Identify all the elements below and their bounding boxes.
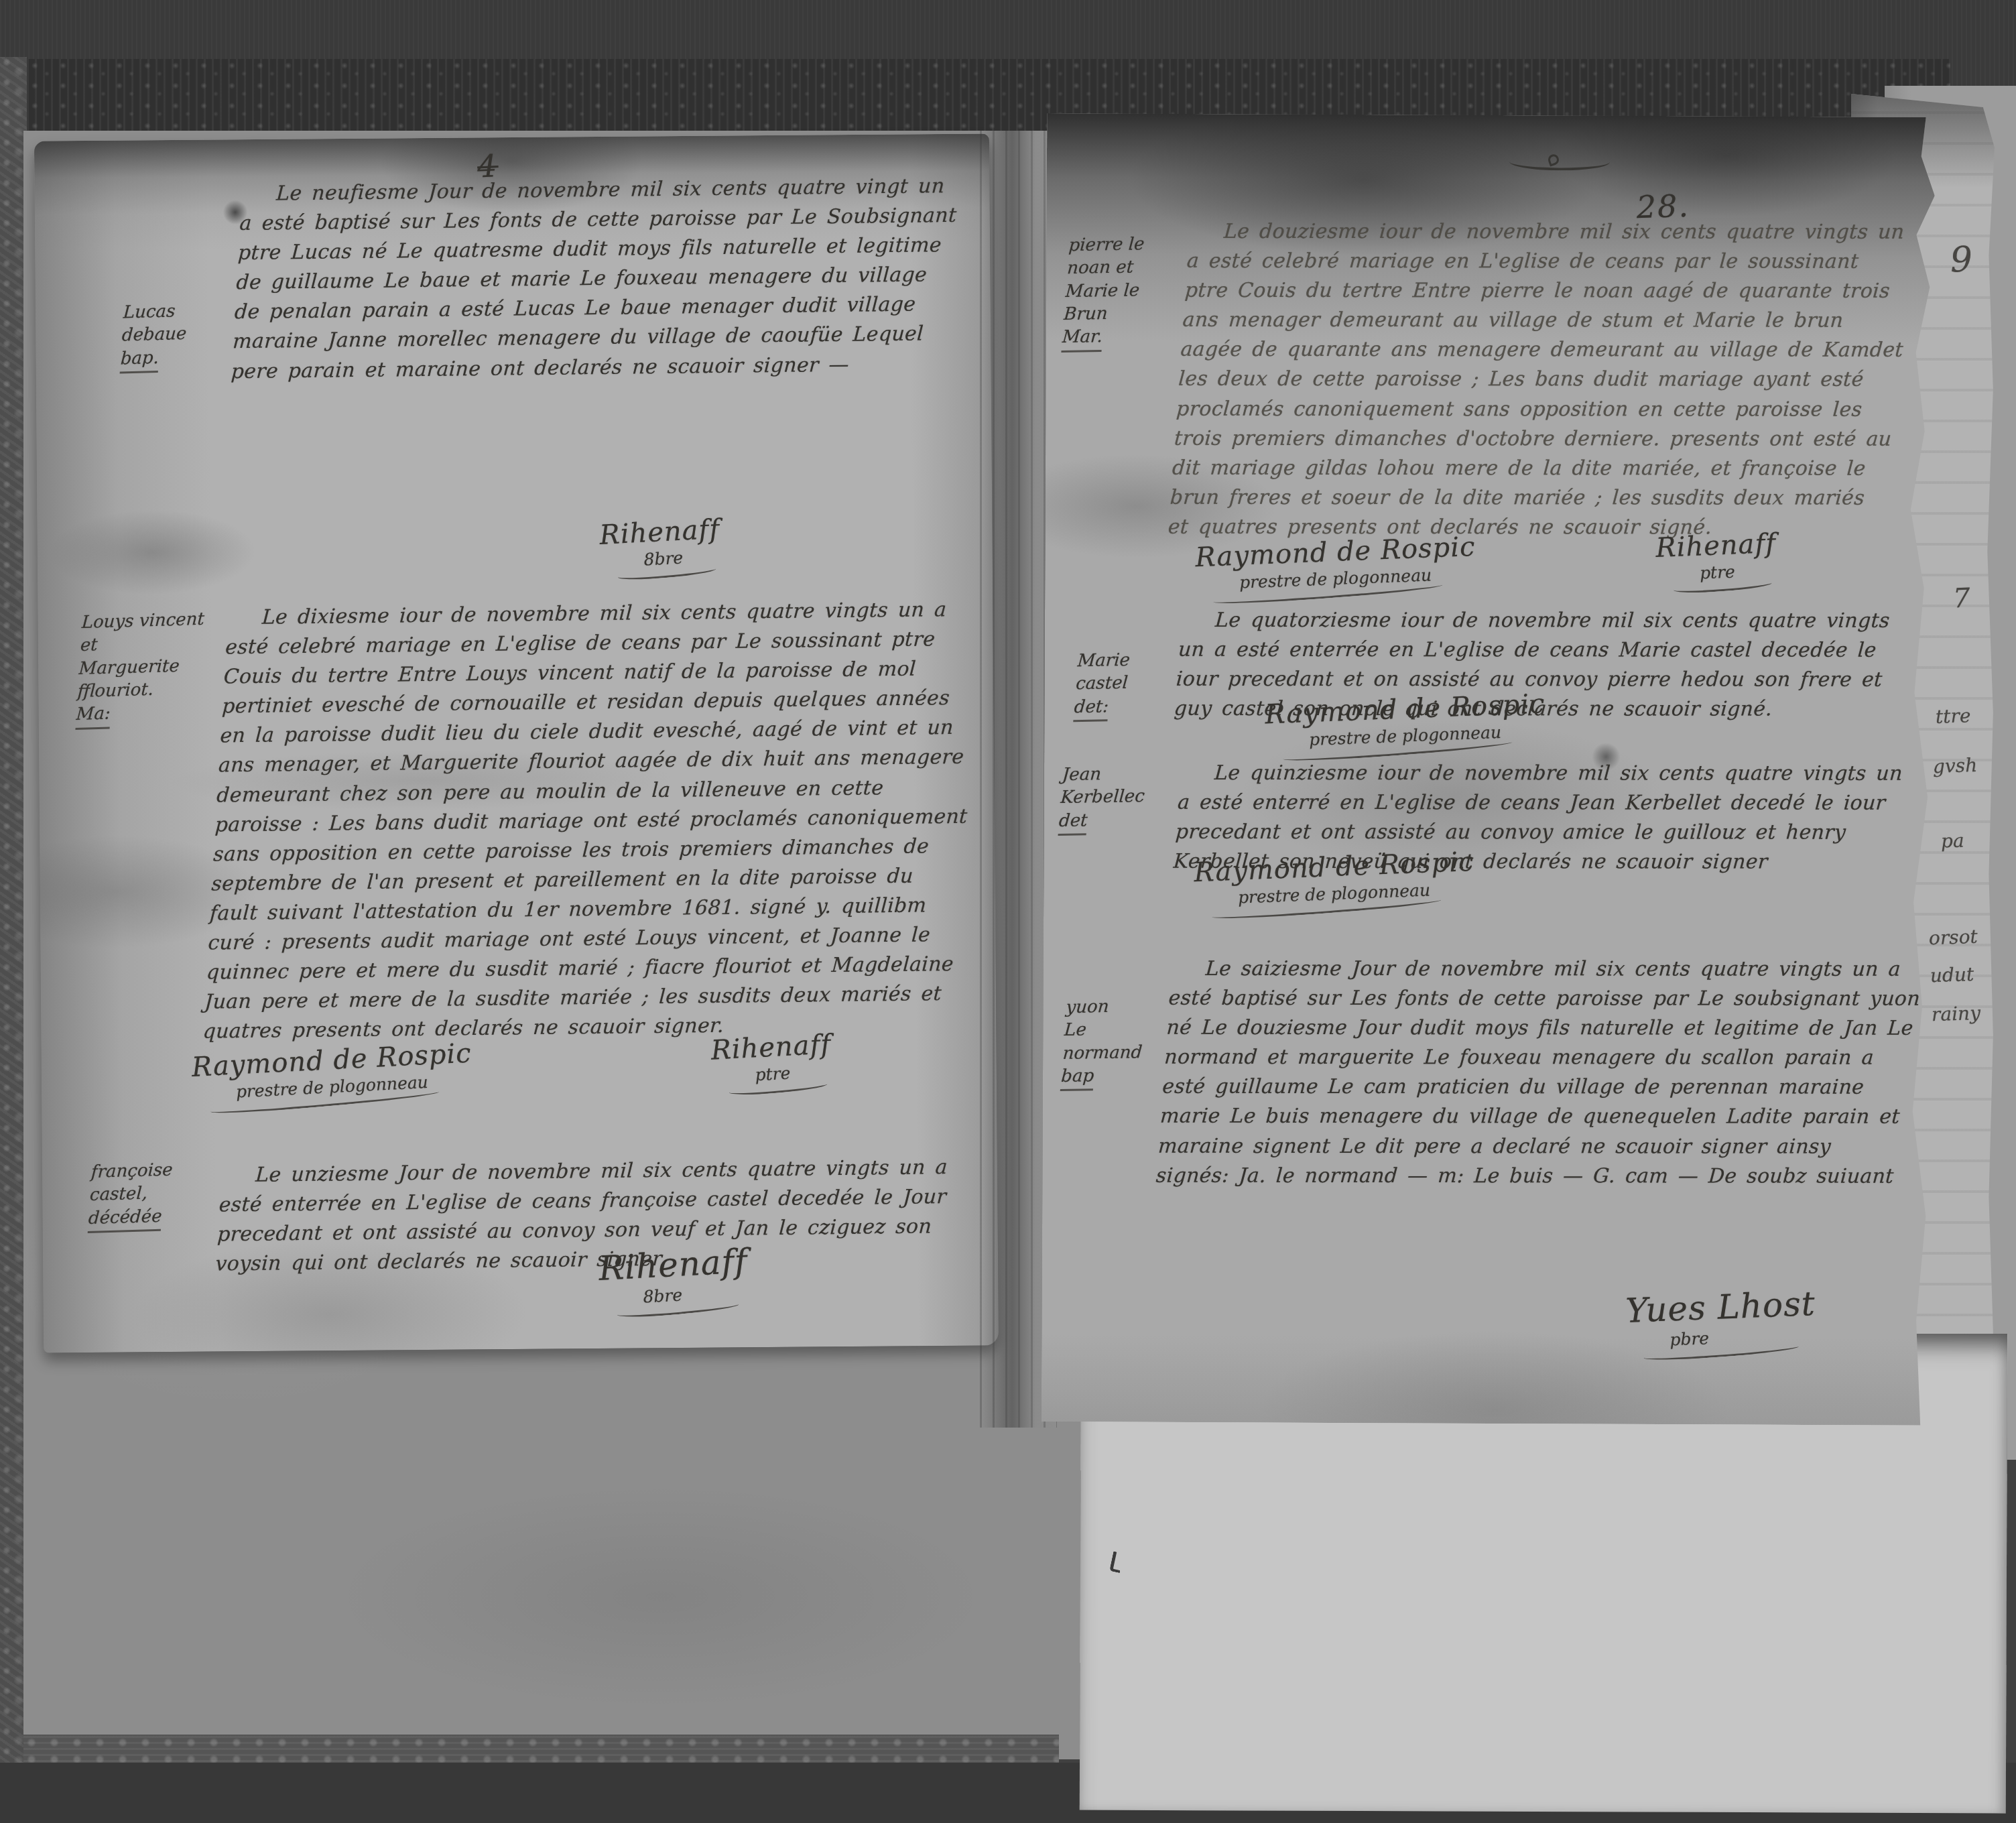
pen-mark-icon bbox=[1109, 1551, 1124, 1573]
margin-note-burial-kerbellec: Jean Kerbellec det bbox=[1060, 761, 1187, 810]
edge-text-fragment: 9 bbox=[1950, 239, 1973, 280]
signature-yues-lhost: Yues Lhost pbre bbox=[1625, 1284, 1817, 1361]
margin-note-marriage-noan-brun: pierre le noan et Marie le Brun Mar. bbox=[1063, 232, 1194, 326]
record-baptism-lucas-le-baue: Le neufiesme Jour de novembre mil six ce… bbox=[235, 173, 956, 178]
record-text: Le saiziesme Jour de novembre mil six ce… bbox=[1155, 954, 1926, 1192]
signature-raymond-de-rospic: Raymond de Rospic prestre de plogonneau bbox=[1195, 531, 1477, 603]
record-burial-marie-castel: Le quatorziesme iour de novembre mil six… bbox=[1178, 605, 1909, 608]
signature-rihenaff: Rihenaff 8bre bbox=[598, 1242, 750, 1318]
record-text: Le unziesme Jour de novembre mil six cen… bbox=[214, 1153, 976, 1279]
signature-raymond-de-rospic: Raymond de Rospic prestre de plogonneau bbox=[191, 1038, 474, 1113]
signature-rihenaff: Rihenaff 8bre bbox=[598, 514, 722, 581]
record-marriage-noan-brun: Le douziesme iour de novembre mil six ce… bbox=[1180, 216, 1903, 219]
archive-register-scan: 9 7 ttre gvsh pa orsot udut rainy 4 Luca… bbox=[0, 0, 2016, 1823]
record-baptism-yuon-le-normand: Le saiziesme Jour de novembre mil six ce… bbox=[1164, 953, 1918, 956]
edge-text-fragment: udut bbox=[1930, 963, 1974, 987]
record-text: Le dixiesme iour de novembre mil six cen… bbox=[202, 595, 982, 1047]
edge-text-fragment: pa bbox=[1940, 829, 1964, 852]
margin-note-burial-castel: françoise castel, décédée bbox=[89, 1157, 216, 1207]
edge-text-fragment: rainy bbox=[1931, 1002, 1980, 1026]
book-cover-left-edge bbox=[0, 57, 27, 1767]
edge-text-fragment: orsot bbox=[1928, 926, 1978, 950]
edge-text-fragment: 7 bbox=[1952, 583, 1970, 615]
margin-note-baptism-lucas: Lucas debaue bap. bbox=[121, 298, 248, 347]
record-text: Le douziesme iour de novembre mil six ce… bbox=[1167, 217, 1914, 543]
record-burial-francoise-castel: Le unziesme Jour de novembre mil six cen… bbox=[218, 1154, 972, 1160]
margin-note-marriage-vincent-flouriot: Louys vincent et Marguerite fflouriot. M… bbox=[77, 608, 206, 704]
left-page: 4 Lucas debaue bap. Le neufiesme Jour de… bbox=[34, 133, 999, 1353]
edge-text-fragment: ttre bbox=[1935, 704, 1971, 728]
record-text: Le neufiesme Jour de novembre mil six ce… bbox=[230, 172, 962, 387]
signature-rihenaff: Rihenaff ptre bbox=[710, 1029, 834, 1096]
ink-stroke-icon bbox=[1509, 153, 1610, 171]
signature-rihenaff: Rihenaff ptre bbox=[1655, 528, 1778, 594]
signature-raymond-de-rospic: Raymond de Rospic prestre de plogonneau bbox=[1194, 846, 1476, 918]
signature-raymond-de-rospic: Raymond de Rospic prestre de plogonneau bbox=[1265, 688, 1547, 760]
right-page: 28. pierre le noan et Marie le Brun Mar.… bbox=[1042, 113, 1954, 1426]
edge-text-fragment: gvsh bbox=[1932, 754, 1977, 777]
record-marriage-vincent-flouriot: Le dixiesme iour de novembre mil six cen… bbox=[213, 596, 967, 603]
